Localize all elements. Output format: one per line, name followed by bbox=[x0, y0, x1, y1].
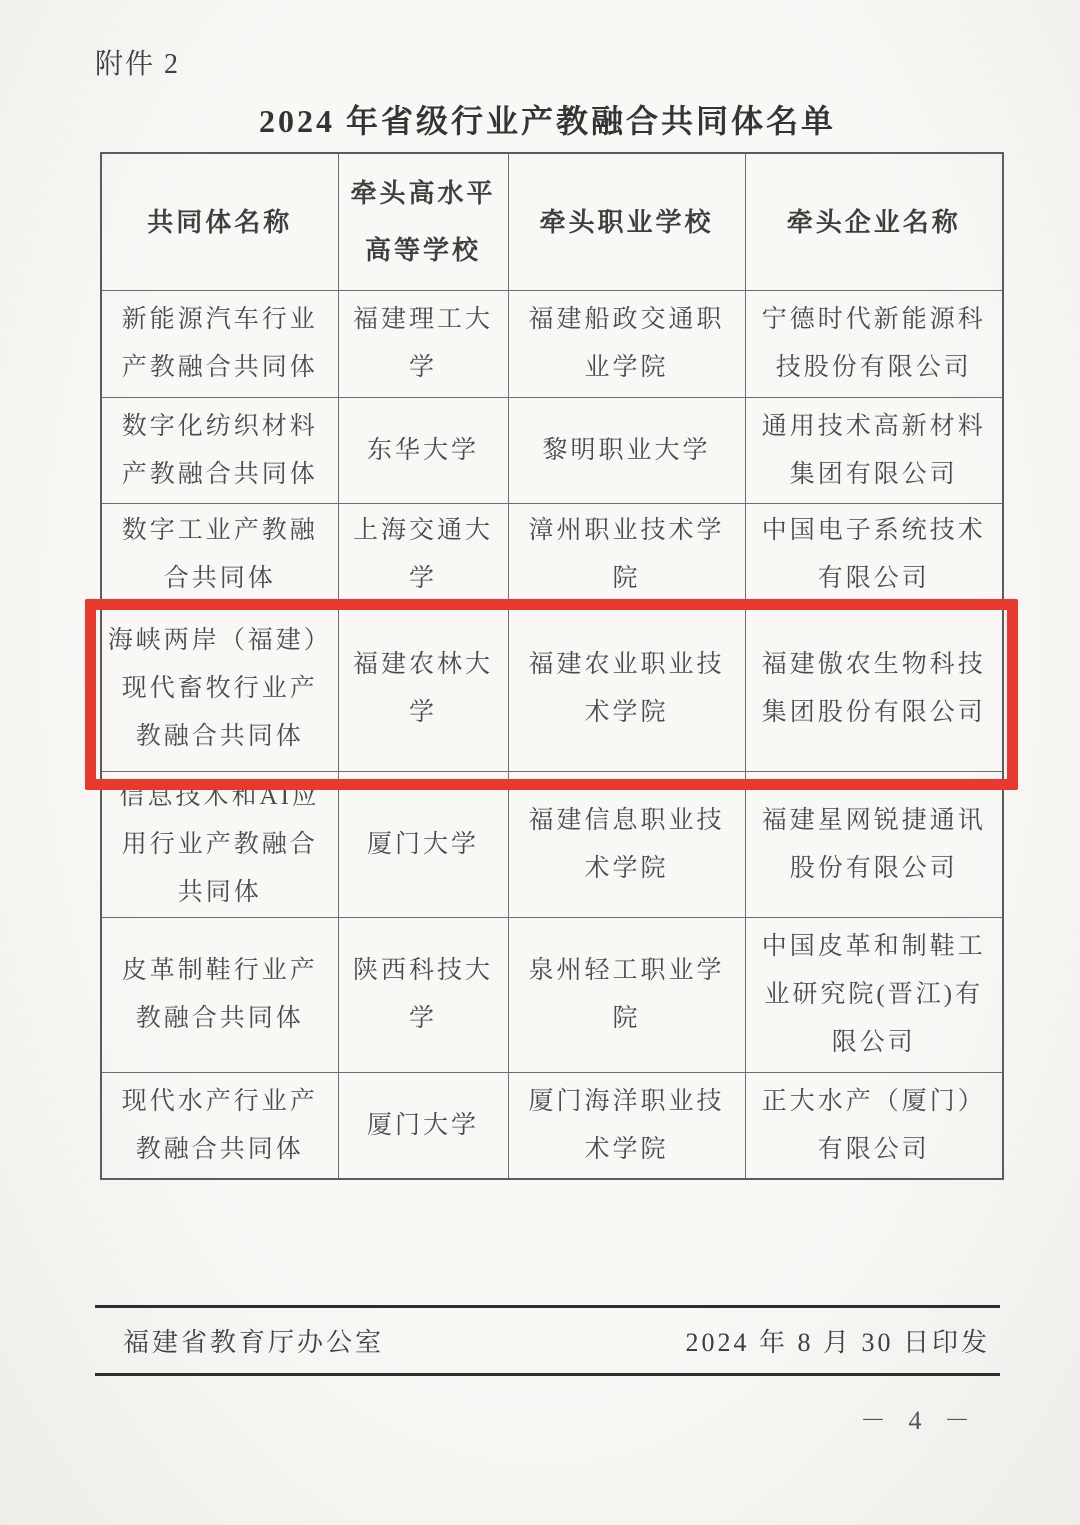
table-row: 新能源汽车行业 产教融合共同体 福建理工大 学 福建船政交通职 业学院 宁德时代… bbox=[101, 291, 1003, 398]
cell-lead-university: 福建农林大 学 bbox=[338, 606, 508, 772]
cell-lead-vocational-school: 黎明职业大学 bbox=[508, 398, 745, 504]
footer-divider-top bbox=[95, 1305, 1000, 1308]
cell-community-name: 现代水产行业产 教融合共同体 bbox=[101, 1073, 338, 1180]
cell-lead-university: 厦门大学 bbox=[338, 1073, 508, 1180]
cell-lead-enterprise: 正大水产（厦门） 有限公司 bbox=[745, 1073, 1003, 1180]
cell-lead-vocational-school: 福建信息职业技 术学院 bbox=[508, 772, 745, 918]
header-lead-enterprise: 牵头企业名称 bbox=[745, 153, 1003, 291]
cell-lead-university: 东华大学 bbox=[338, 398, 508, 504]
community-list-table: 共同体名称 牵头高水平 高等学校 牵头职业学校 牵头企业名称 新能源汽车行业 产… bbox=[100, 152, 1004, 1180]
cell-lead-university: 厦门大学 bbox=[338, 772, 508, 918]
page-number: － 4 － bbox=[860, 1400, 978, 1437]
cell-lead-vocational-school: 福建农业职业技 术学院 bbox=[508, 606, 745, 772]
cell-lead-university: 陕西科技大 学 bbox=[338, 918, 508, 1073]
table-header-row: 共同体名称 牵头高水平 高等学校 牵头职业学校 牵头企业名称 bbox=[101, 153, 1003, 291]
table-row: 现代水产行业产 教融合共同体 厦门大学 厦门海洋职业技 术学院 正大水产（厦门）… bbox=[101, 1073, 1003, 1180]
header-community-name: 共同体名称 bbox=[101, 153, 338, 291]
cell-community-name: 信息技术和AI应 用行业产教融合 共同体 bbox=[101, 772, 338, 918]
header-lead-vocational-school: 牵头职业学校 bbox=[508, 153, 745, 291]
footer-divider-bottom bbox=[95, 1373, 1000, 1376]
cell-community-name: 海峡两岸（福建） 现代畜牧行业产 教融合共同体 bbox=[101, 606, 338, 772]
cell-lead-vocational-school: 漳州职业技术学 院 bbox=[508, 504, 745, 606]
cell-lead-enterprise: 宁德时代新能源科 技股份有限公司 bbox=[745, 291, 1003, 398]
cell-lead-vocational-school: 福建船政交通职 业学院 bbox=[508, 291, 745, 398]
page-title: 2024 年省级行业产教融合共同体名单 bbox=[95, 96, 1000, 142]
cell-lead-vocational-school: 泉州轻工职业学 院 bbox=[508, 918, 745, 1073]
cell-lead-enterprise: 福建傲农生物科技 集团股份有限公司 bbox=[745, 606, 1003, 772]
footer-issuer: 福建省教育厅办公室 bbox=[95, 1322, 384, 1359]
table-row: 数字化纺织材料 产教融合共同体 东华大学 黎明职业大学 通用技术高新材料 集团有… bbox=[101, 398, 1003, 504]
cell-community-name: 数字化纺织材料 产教融合共同体 bbox=[101, 398, 338, 504]
table-row: 数字工业产教融 合共同体 上海交通大 学 漳州职业技术学 院 中国电子系统技术 … bbox=[101, 504, 1003, 606]
cell-community-name: 数字工业产教融 合共同体 bbox=[101, 504, 338, 606]
cell-community-name: 新能源汽车行业 产教融合共同体 bbox=[101, 291, 338, 398]
cell-lead-enterprise: 通用技术高新材料 集团有限公司 bbox=[745, 398, 1003, 504]
footer-print-date: 2024 年 8 月 30 日印发 bbox=[685, 1322, 1000, 1359]
document-page: 附件 2 2024 年省级行业产教融合共同体名单 共同体名称 牵头高水平 高等学… bbox=[0, 0, 1080, 1525]
cell-lead-university: 上海交通大 学 bbox=[338, 504, 508, 606]
table-row: 皮革制鞋行业产 教融合共同体 陕西科技大 学 泉州轻工职业学 院 中国皮革和制鞋… bbox=[101, 918, 1003, 1073]
cell-lead-enterprise: 福建星网锐捷通讯 股份有限公司 bbox=[745, 772, 1003, 918]
cell-lead-vocational-school: 厦门海洋职业技 术学院 bbox=[508, 1073, 745, 1180]
table-row: 信息技术和AI应 用行业产教融合 共同体 厦门大学 福建信息职业技 术学院 福建… bbox=[101, 772, 1003, 918]
cell-lead-enterprise: 中国电子系统技术 有限公司 bbox=[745, 504, 1003, 606]
cell-lead-enterprise: 中国皮革和制鞋工 业研究院(晋江)有 限公司 bbox=[745, 918, 1003, 1073]
attachment-label: 附件 2 bbox=[95, 42, 180, 82]
table-row-highlighted: 海峡两岸（福建） 现代畜牧行业产 教融合共同体 福建农林大 学 福建农业职业技 … bbox=[101, 606, 1003, 772]
cell-lead-university: 福建理工大 学 bbox=[338, 291, 508, 398]
header-lead-university: 牵头高水平 高等学校 bbox=[338, 153, 508, 291]
footer: 福建省教育厅办公室 2024 年 8 月 30 日印发 bbox=[95, 1322, 1000, 1359]
cell-community-name: 皮革制鞋行业产 教融合共同体 bbox=[101, 918, 338, 1073]
